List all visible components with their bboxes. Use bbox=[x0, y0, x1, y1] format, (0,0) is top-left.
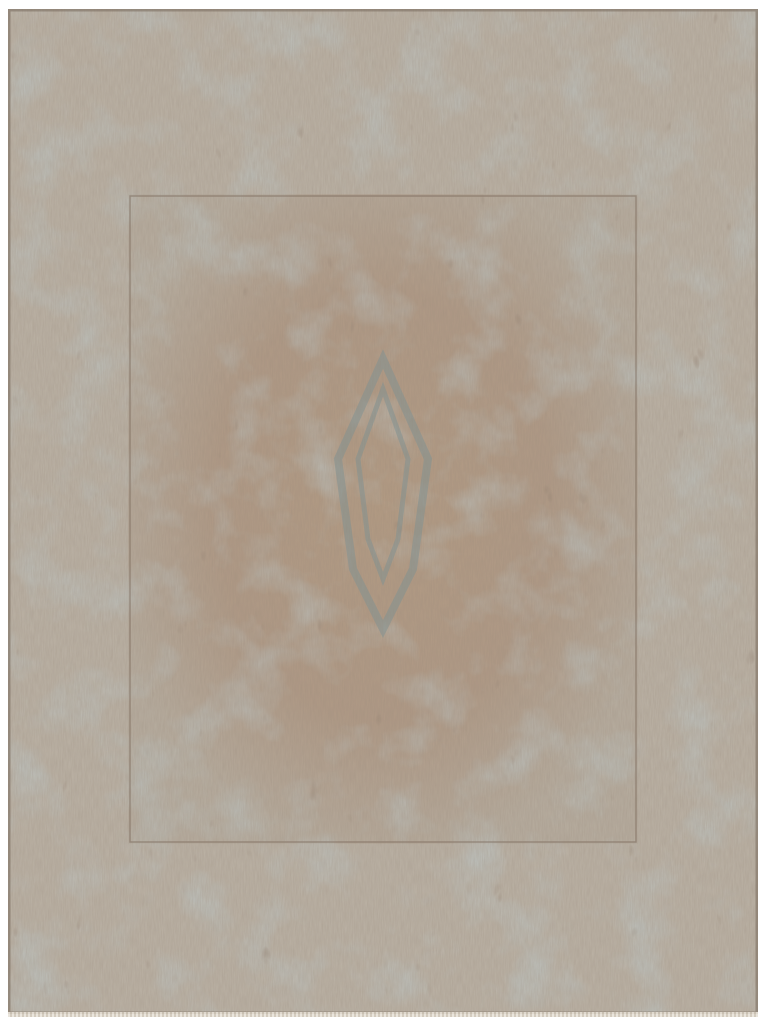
rug-texture bbox=[8, 9, 758, 1014]
rug bbox=[8, 9, 758, 1014]
rug-fringe bbox=[8, 1012, 758, 1017]
